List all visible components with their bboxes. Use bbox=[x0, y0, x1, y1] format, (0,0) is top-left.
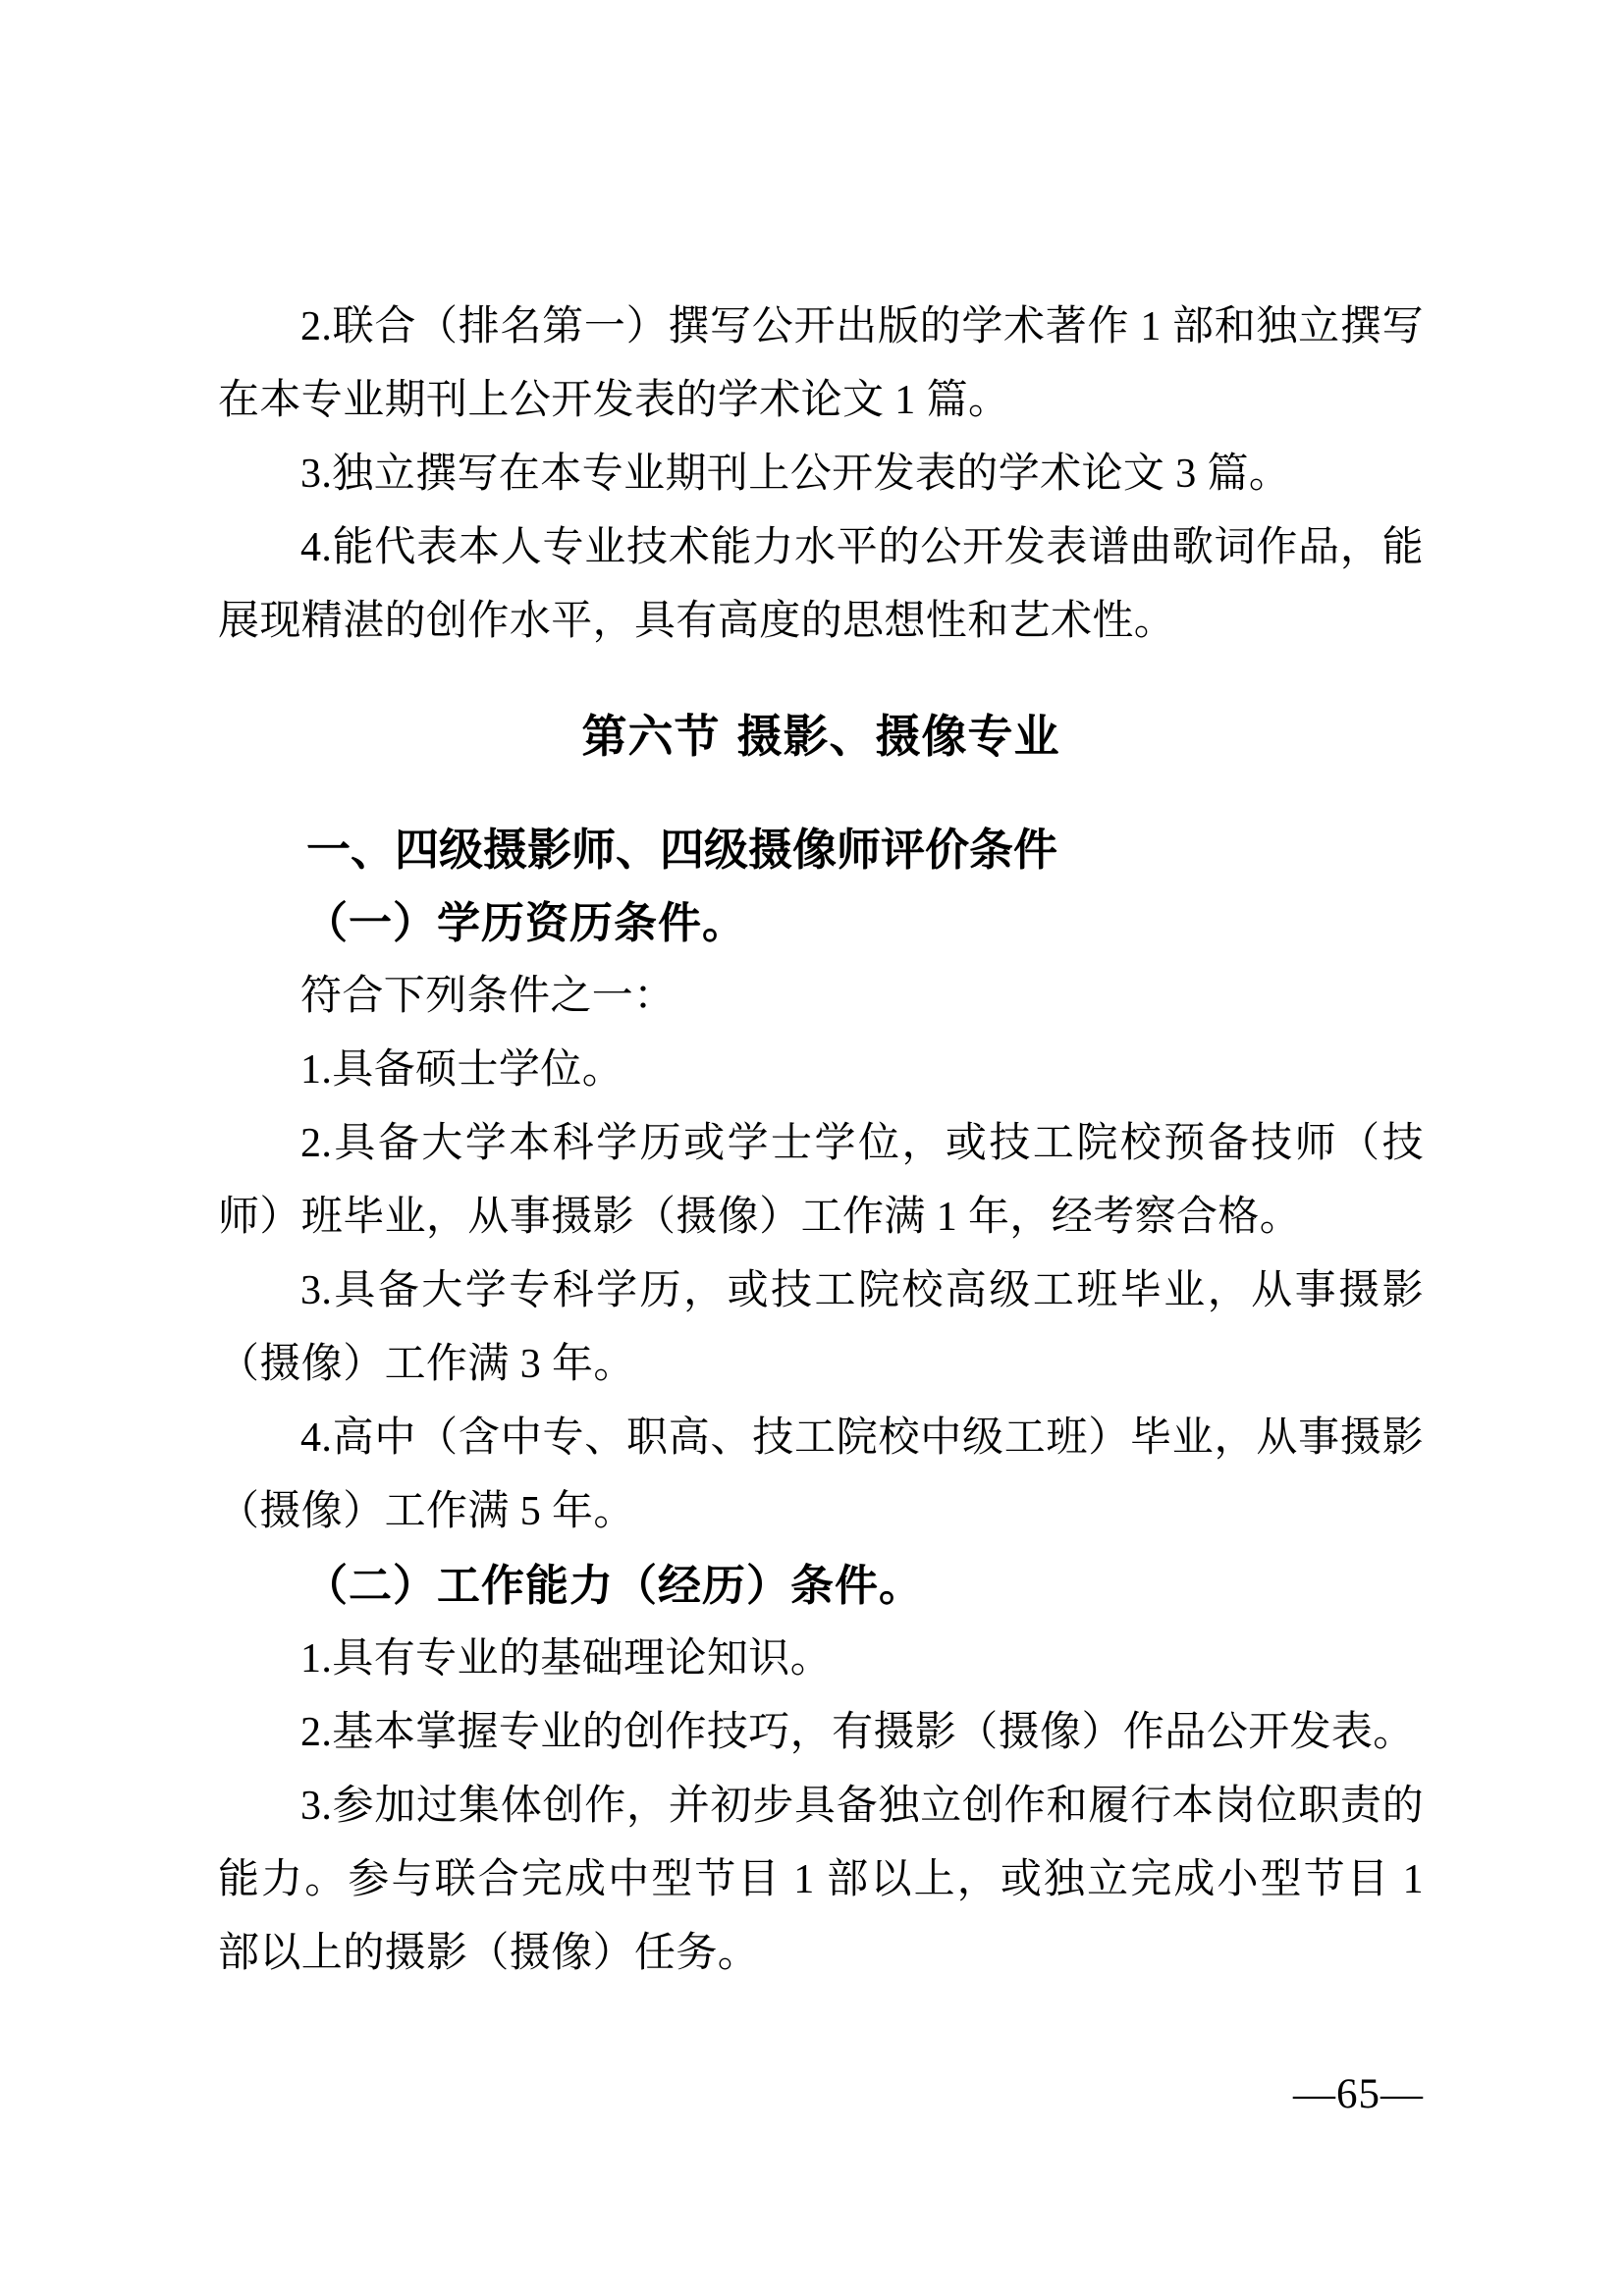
body-paragraph: 符合下列条件之一： bbox=[218, 960, 1424, 1034]
body-paragraph: 2.基本掌握专业的创作技巧，有摄影（摄像）作品公开发表。 bbox=[218, 1696, 1424, 1770]
body-paragraph: 3.参加过集体创作，并初步具备独立创作和履行本岗位职责的能力。参与联合完成中型节… bbox=[218, 1770, 1424, 1991]
body-paragraph: 2.联合（排名第一）撰写公开出版的学术著作 1 部和独立撰写在本专业期刊上公开发… bbox=[218, 291, 1424, 438]
document-content: 2.联合（排名第一）撰写公开出版的学术著作 1 部和独立撰写在本专业期刊上公开发… bbox=[218, 291, 1424, 1991]
body-paragraph: 1.具备硕士学位。 bbox=[218, 1034, 1424, 1107]
body-paragraph: 2.具备大学本科学历或学士学位，或技工院校预备技师（技师）班毕业，从事摄影（摄像… bbox=[218, 1107, 1424, 1255]
page-number: —65— bbox=[1293, 2073, 1424, 2115]
document-page: 2.联合（排名第一）撰写公开出版的学术著作 1 部和独立撰写在本专业期刊上公开发… bbox=[0, 0, 1623, 2296]
section-heading: 第六节 摄影、摄像专业 bbox=[218, 700, 1424, 774]
subsection-heading: 一、四级摄影师、四级摄像师评价条件 bbox=[218, 813, 1424, 886]
body-paragraph: 3.具备大学专科学历，或技工院校高级工班毕业，从事摄影（摄像）工作满 3 年。 bbox=[218, 1255, 1424, 1402]
body-paragraph: 3.独立撰写在本专业期刊上公开发表的学术论文 3 篇。 bbox=[218, 438, 1424, 511]
body-paragraph: 4.能代表本人专业技术能力水平的公开发表谱曲歌词作品，能展现精湛的创作水平，具有… bbox=[218, 511, 1424, 659]
clause-heading: （一）学历资历条件。 bbox=[218, 886, 1424, 960]
body-paragraph: 1.具有专业的基础理论知识。 bbox=[218, 1623, 1424, 1696]
body-paragraph: 4.高中（含中专、职高、技工院校中级工班）毕业，从事摄影（摄像）工作满 5 年。 bbox=[218, 1402, 1424, 1549]
clause-heading: （二）工作能力（经历）条件。 bbox=[218, 1549, 1424, 1623]
